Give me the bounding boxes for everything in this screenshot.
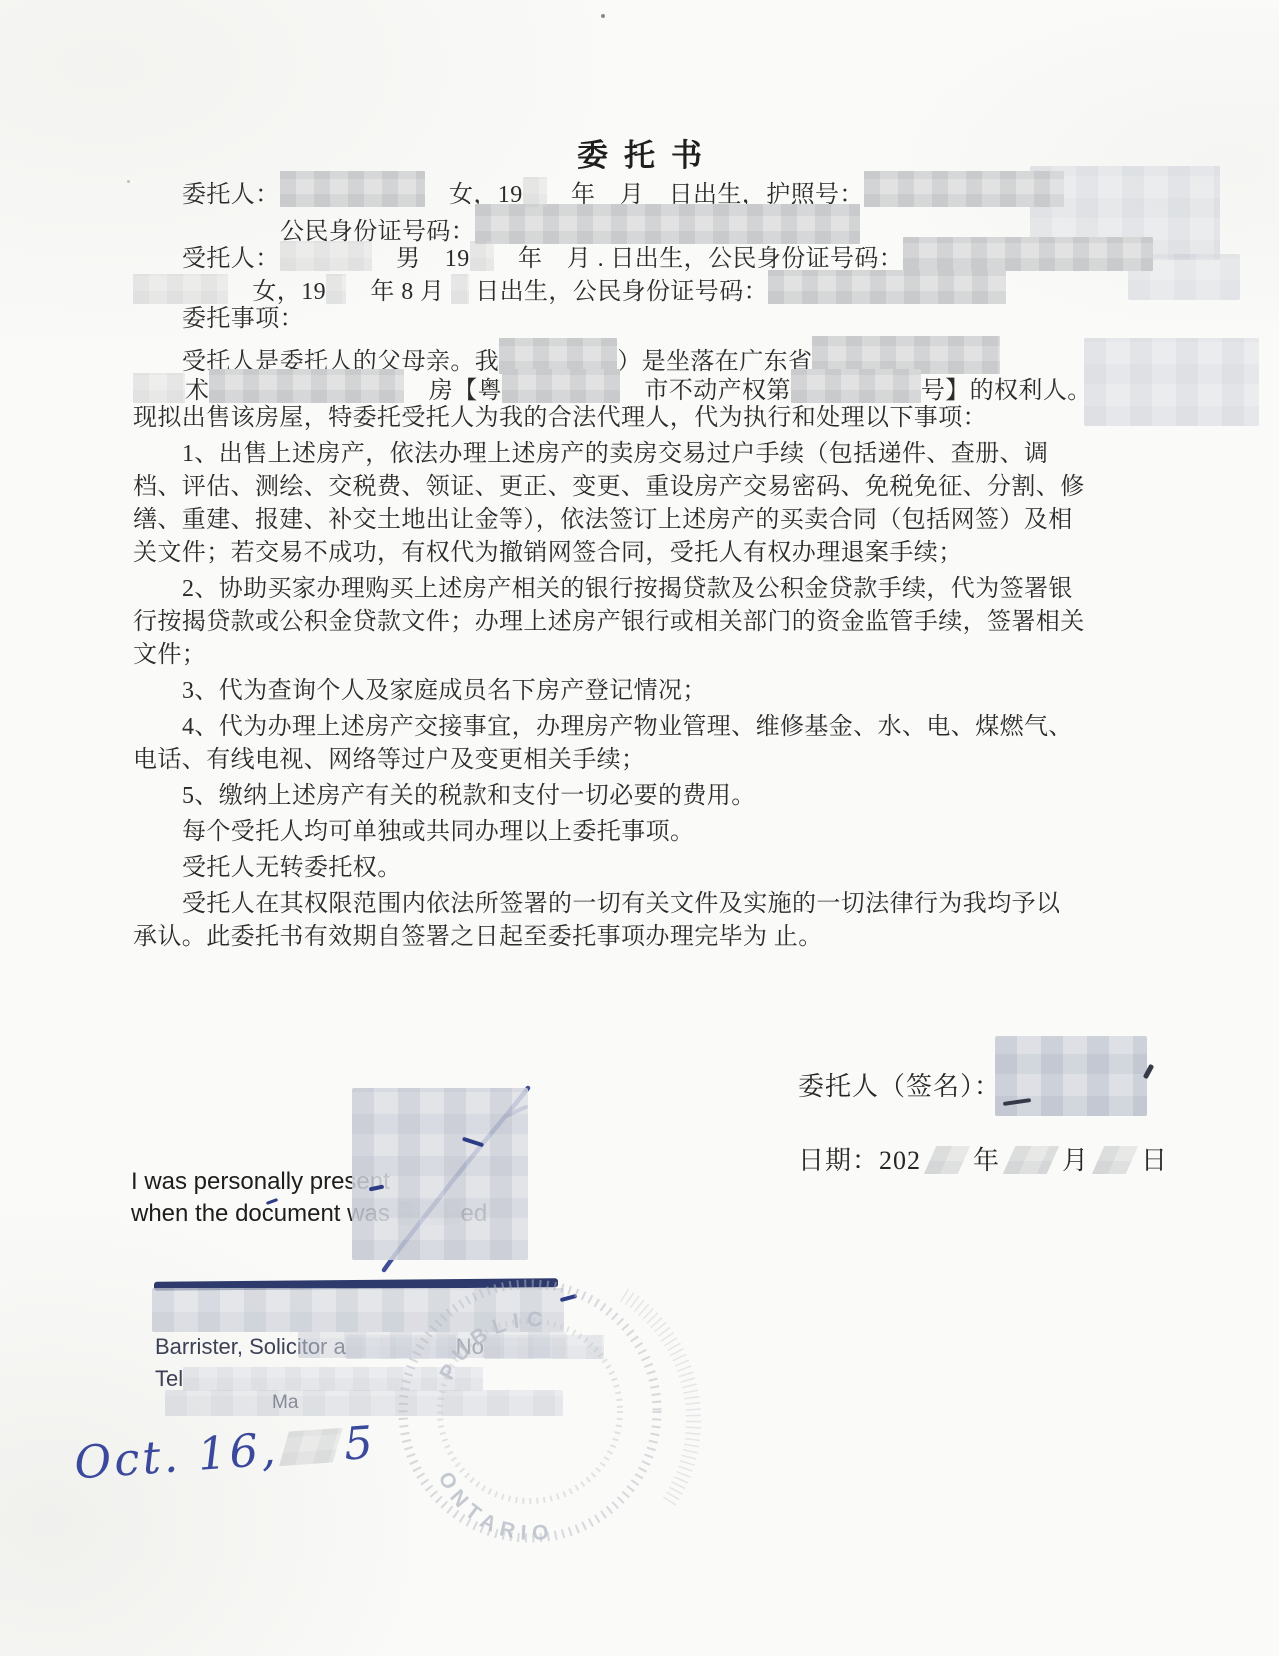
doc-text: 受托人：	[182, 246, 280, 272]
doc-line: 受托人无转委托权。	[133, 852, 1085, 885]
doc-line: 受托人： 男 19 年 月 . 日出生，公民身份证号码：	[133, 237, 1085, 270]
signature-ink-remnant	[1143, 1064, 1154, 1080]
redaction-block	[133, 274, 228, 304]
doc-line: 5、缴纳上述房产有关的税款和支付一切必要的费用。	[133, 780, 1085, 813]
doc-text: 1、出售上述房产，依法办理上述房产的卖房交易过户手续（包括递件、查册、调	[182, 441, 1048, 467]
doc-text: 承认。此委托书有效期自签署之日起至委托事项办理完毕为 止。	[133, 924, 823, 950]
svg-text:PUBLIC: PUBLIC	[435, 1308, 550, 1384]
doc-text: 日出生，公民身份证号码：	[469, 279, 768, 305]
redaction-block	[280, 241, 372, 271]
scan-speck	[127, 180, 130, 183]
redaction-block	[133, 373, 185, 403]
scan-speck	[601, 14, 605, 18]
doc-line: 关文件；若交易不成功，有权代为撤销网签合同，受托人有权办理退案手续；	[133, 537, 1085, 570]
handwritten-date: Oct. 16,5	[73, 1416, 378, 1490]
doc-text: 男 19	[372, 246, 470, 272]
redaction-block	[279, 1428, 343, 1467]
doc-line: 4、代为办理上述房产交接事宜，办理房产物业管理、维修基金、水、电、煤燃气、	[133, 711, 1085, 744]
doc-line: 公民身份证号码：	[133, 204, 1085, 237]
doc-text: 受托人在其权限范围内依法所签署的一切有关文件及实施的一切法律行为我均予以	[182, 891, 1060, 917]
scan-artifact	[1084, 338, 1259, 426]
redaction-block	[280, 171, 425, 207]
doc-line: 1、出售上述房产，依法办理上述房产的卖房交易过户手续（包括递件、查册、调	[133, 438, 1085, 471]
redaction-block	[1003, 1146, 1059, 1174]
notary-embossed-seal: PUBLIC ONTARIO	[362, 1243, 712, 1573]
principal-signature-redaction	[995, 1036, 1147, 1116]
redaction-block	[451, 274, 469, 304]
doc-text: 市不动产权第	[620, 378, 791, 404]
doc-text: 5、缴纳上述房产有关的税款和支付一切必要的费用。	[182, 783, 756, 809]
redaction-block	[864, 171, 1064, 207]
redaction-block	[523, 177, 547, 207]
doc-line: 现拟出售该房屋，特委托受托人为我的合法代理人，代为执行和处理以下事项：	[133, 402, 1085, 435]
doc-text: 行按揭贷款或公积金贷款文件；办理上述房产银行或相关部门的资金监管手续，签署相关	[133, 609, 1085, 635]
doc-text: 女，19	[228, 279, 326, 305]
doc-line: 承认。此委托书有效期自签署之日起至委托事项办理完毕为 止。	[133, 921, 1085, 954]
svg-text:ONTARIO: ONTARIO	[434, 1468, 557, 1545]
seal-word-top: PUBLIC	[435, 1308, 550, 1384]
doc-line: 女，19 年 8 月 日出生，公民身份证号码：	[133, 270, 1085, 303]
doc-text: 文件；	[133, 642, 206, 668]
doc-line: 受托人是委托人的父母亲。我）是坐落在广东省	[133, 336, 1085, 369]
doc-text: 3、代为查询个人及家庭成员名下房产登记情况；	[182, 678, 707, 704]
doc-text: 受托人无转委托权。	[182, 855, 402, 881]
doc-line: 委托人： 女，19 年 月 日出生，护照号：	[133, 171, 1085, 204]
document-title: 委托书	[0, 130, 1279, 175]
doc-text: 房【粤	[404, 378, 502, 404]
redaction-block	[924, 1146, 970, 1174]
redaction-block	[768, 270, 1006, 304]
doc-text: 年 8 月	[346, 279, 451, 305]
document-body: 委托人： 女，19 年 月 日出生，护照号：公民身份证号码：受托人： 男 19 …	[133, 171, 1085, 954]
date-prefix: 日期：202	[798, 1146, 921, 1175]
tel-prefix: Tel	[155, 1366, 183, 1391]
doc-line: 缮、重建、报建、补交土地出让金等），依法签订上述房产的买卖合同（包括网签）及相	[133, 504, 1085, 537]
doc-text: 每个受托人均可单独或共同办理以上委托事项。	[182, 819, 694, 845]
redaction-block	[326, 274, 346, 304]
doc-line: 档、评估、测绘、交税费、领证、更正、变更、重设房产交易密码、免税免征、分割、修	[133, 471, 1085, 504]
redaction-block	[903, 237, 1153, 271]
redaction-block	[1092, 1146, 1138, 1174]
doc-line: 委托事项：	[133, 303, 1085, 336]
power-of-attorney-scan: 委托书 委托人： 女，19 年 月 日出生，护照号：公民身份证号码：受托人： 男…	[0, 0, 1279, 1656]
redaction-block	[470, 241, 494, 271]
doc-text: 委托事项：	[182, 306, 304, 332]
doc-text: 档、评估、测绘、交税费、领证、更正、变更、重设房产交易密码、免税免征、分割、修	[133, 474, 1085, 500]
doc-text: 年 月 . 日出生，公民身份证号码：	[494, 246, 904, 272]
redaction-block	[209, 369, 404, 403]
handwritten-date-prefix: Oct. 16,	[73, 1422, 281, 1489]
signature-ink-remnant	[1003, 1098, 1031, 1106]
date-line: 日期：202年月日	[798, 1140, 1168, 1177]
doc-text: 2、协助买家办理购买上述房产相关的银行按揭贷款及公积金贷款手续，代为签署银	[182, 576, 1073, 602]
redaction-block	[502, 369, 620, 403]
date-month-label: 月	[1062, 1146, 1089, 1175]
seal-word-bottom: ONTARIO	[434, 1468, 557, 1545]
doc-line: 受托人在其权限范围内依法所签署的一切有关文件及实施的一切法律行为我均予以	[133, 888, 1085, 921]
principal-signature-label: 委托人（签名）：	[798, 1066, 1001, 1103]
doc-text: 关文件；若交易不成功，有权代为撤销网签合同，受托人有权办理退案手续；	[133, 540, 963, 566]
doc-line: 3、代为查询个人及家庭成员名下房产登记情况；	[133, 675, 1085, 708]
doc-line: 文件；	[133, 639, 1085, 672]
doc-line: 术 房【粤 市不动产权第号】的权利人。	[133, 369, 1085, 402]
redaction-block	[791, 369, 921, 403]
doc-line: 电话、有线电视、网络等过户及变更相关手续；	[133, 744, 1085, 777]
doc-text: 术	[185, 378, 209, 404]
date-day-label: 日	[1141, 1146, 1168, 1175]
doc-text: 委托人：	[182, 182, 280, 208]
doc-text: 现拟出售该房屋，特委托受托人为我的合法代理人，代为执行和处理以下事项：	[133, 405, 987, 431]
signature-redaction-mosaic	[352, 1088, 528, 1260]
doc-text: 4、代为办理上述房产交接事宜，办理房产物业管理、维修基金、水、电、煤燃气、	[182, 714, 1073, 740]
doc-text: 电话、有线电视、网络等过户及变更相关手续；	[133, 747, 645, 773]
doc-text: 号】的权利人。	[921, 378, 1092, 404]
doc-text: 缮、重建、报建、补交土地出让金等），依法签订上述房产的买卖合同（包括网签）及相	[133, 507, 1073, 533]
doc-line: 每个受托人均可单独或共同办理以上委托事项。	[133, 816, 1085, 849]
date-year-label: 年	[973, 1146, 1000, 1175]
doc-line: 行按揭贷款或公积金贷款文件；办理上述房产银行或相关部门的资金监管手续，签署相关	[133, 606, 1085, 639]
notary-address-fragment: Ma	[272, 1392, 298, 1414]
doc-line: 2、协助买家办理购买上述房产相关的银行按揭贷款及公积金贷款手续，代为签署银	[133, 573, 1085, 606]
